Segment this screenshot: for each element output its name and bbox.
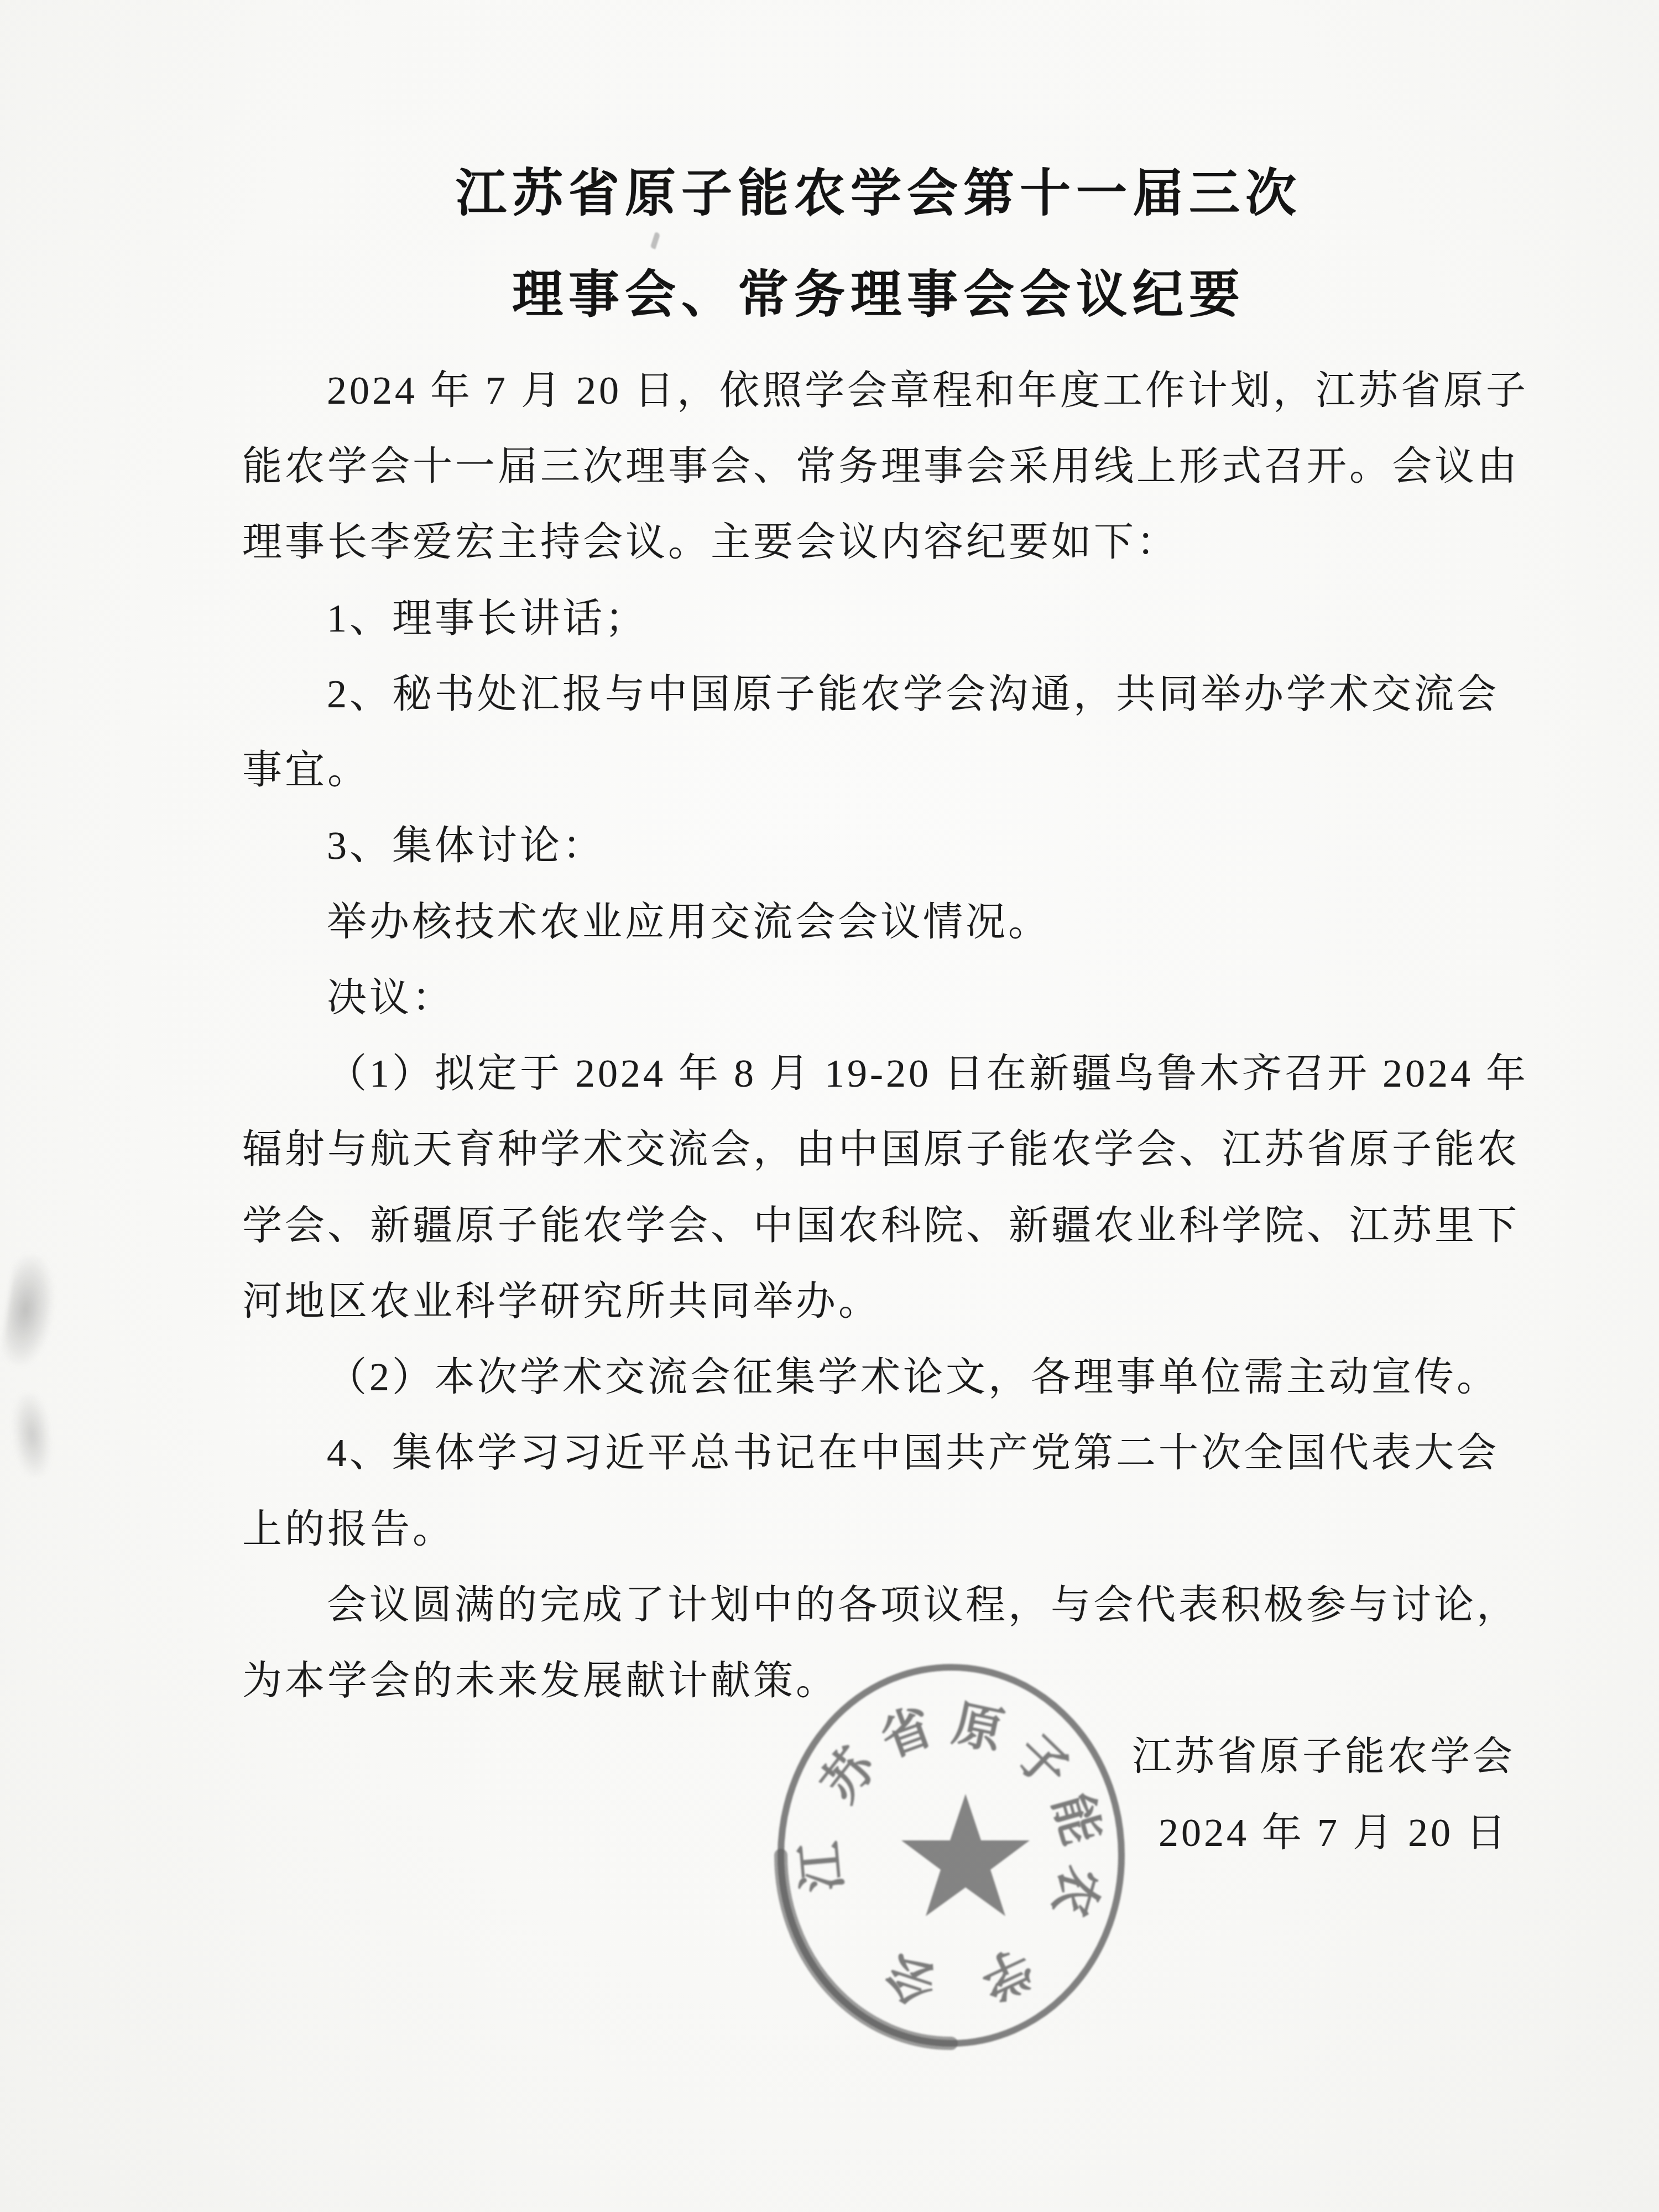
body-line: 4、集体学习习近平总书记在中国共产党第二十次全国代表大会 xyxy=(242,1427,1499,1478)
body-line: 为本学会的未来发展献计献策。 xyxy=(242,1655,838,1706)
body-line: 举办核技术农业应用交流会会议情况。 xyxy=(242,896,1051,947)
body-line: 2、秘书处汇报与中国原子能农学会沟通，共同举办学术交流会 xyxy=(242,669,1499,719)
body-line: 上的报告。 xyxy=(242,1504,455,1554)
body-line: 能农学会十一届三次理事会、常务理事会采用线上形式召开。会议由 xyxy=(242,441,1520,492)
signature-date: 2024 年 7 月 20 日 xyxy=(1159,1807,1509,1858)
signature-organization: 江苏省原子能农学会 xyxy=(1132,1731,1515,1782)
scan-artifact-mark xyxy=(650,232,661,249)
body-line: 学会、新疆原子能农学会、中国农科院、新疆农业科学院、江苏里下 xyxy=(242,1200,1520,1251)
seal-character: 苏 xyxy=(812,1738,887,1812)
seal-character: 省 xyxy=(874,1699,940,1768)
scan-artifact-smudge xyxy=(0,1253,59,1368)
scanned-document-page: 江苏省原子能农学会第十一届三次 理事会、常务理事会会议纪要 2024 年 7 月… xyxy=(0,0,1659,2212)
seal-star-icon xyxy=(901,1794,1030,1916)
body-line: 事宜。 xyxy=(242,744,370,795)
body-line: 河地区农业科学研究所共同举办。 xyxy=(242,1276,881,1327)
body-line: （1）拟定于 2024 年 8 月 19-20 日在新疆鸟鲁木齐召开 2024 … xyxy=(242,1048,1528,1099)
body-line: 2024 年 7 月 20 日，依照学会章程和年度工作计划，江苏省原子 xyxy=(242,365,1528,416)
body-line: 决议： xyxy=(242,972,455,1023)
body-line: 理事长李爱宏主持会议。主要会议内容纪要如下： xyxy=(242,517,1179,567)
body-line: （2）本次学术交流会征集学术论文，各理事单位需主动宣传。 xyxy=(242,1352,1499,1402)
body-line: 3、集体讨论： xyxy=(242,820,605,871)
official-seal-stamp: 江 苏 省 原 子 能 农 学 会 xyxy=(752,1659,1150,2057)
seal-character: 农 xyxy=(1042,1860,1109,1923)
document-title-line-1: 江苏省原子能农学会第十一届三次 xyxy=(242,163,1515,224)
seal-character: 会 xyxy=(879,1945,943,2012)
document-title-line-2: 理事会、常务理事会会议纪要 xyxy=(242,264,1515,325)
seal-character: 江 xyxy=(792,1839,851,1893)
scan-artifact-smudge xyxy=(10,1392,54,1478)
seal-character: 学 xyxy=(972,1938,1040,2008)
seal-character: 子 xyxy=(1004,1725,1078,1799)
body-line: 会议圆满的完成了计划中的各项议程，与会代表积极参与讨论， xyxy=(242,1579,1519,1630)
seal-character: 能 xyxy=(1042,1788,1109,1851)
body-line: 辐射与航天育种学术交流会，由中国原子能农学会、江苏省原子能农 xyxy=(242,1124,1520,1175)
seal-character: 原 xyxy=(948,1697,1008,1761)
body-line: 1、理事长讲话； xyxy=(242,593,648,644)
